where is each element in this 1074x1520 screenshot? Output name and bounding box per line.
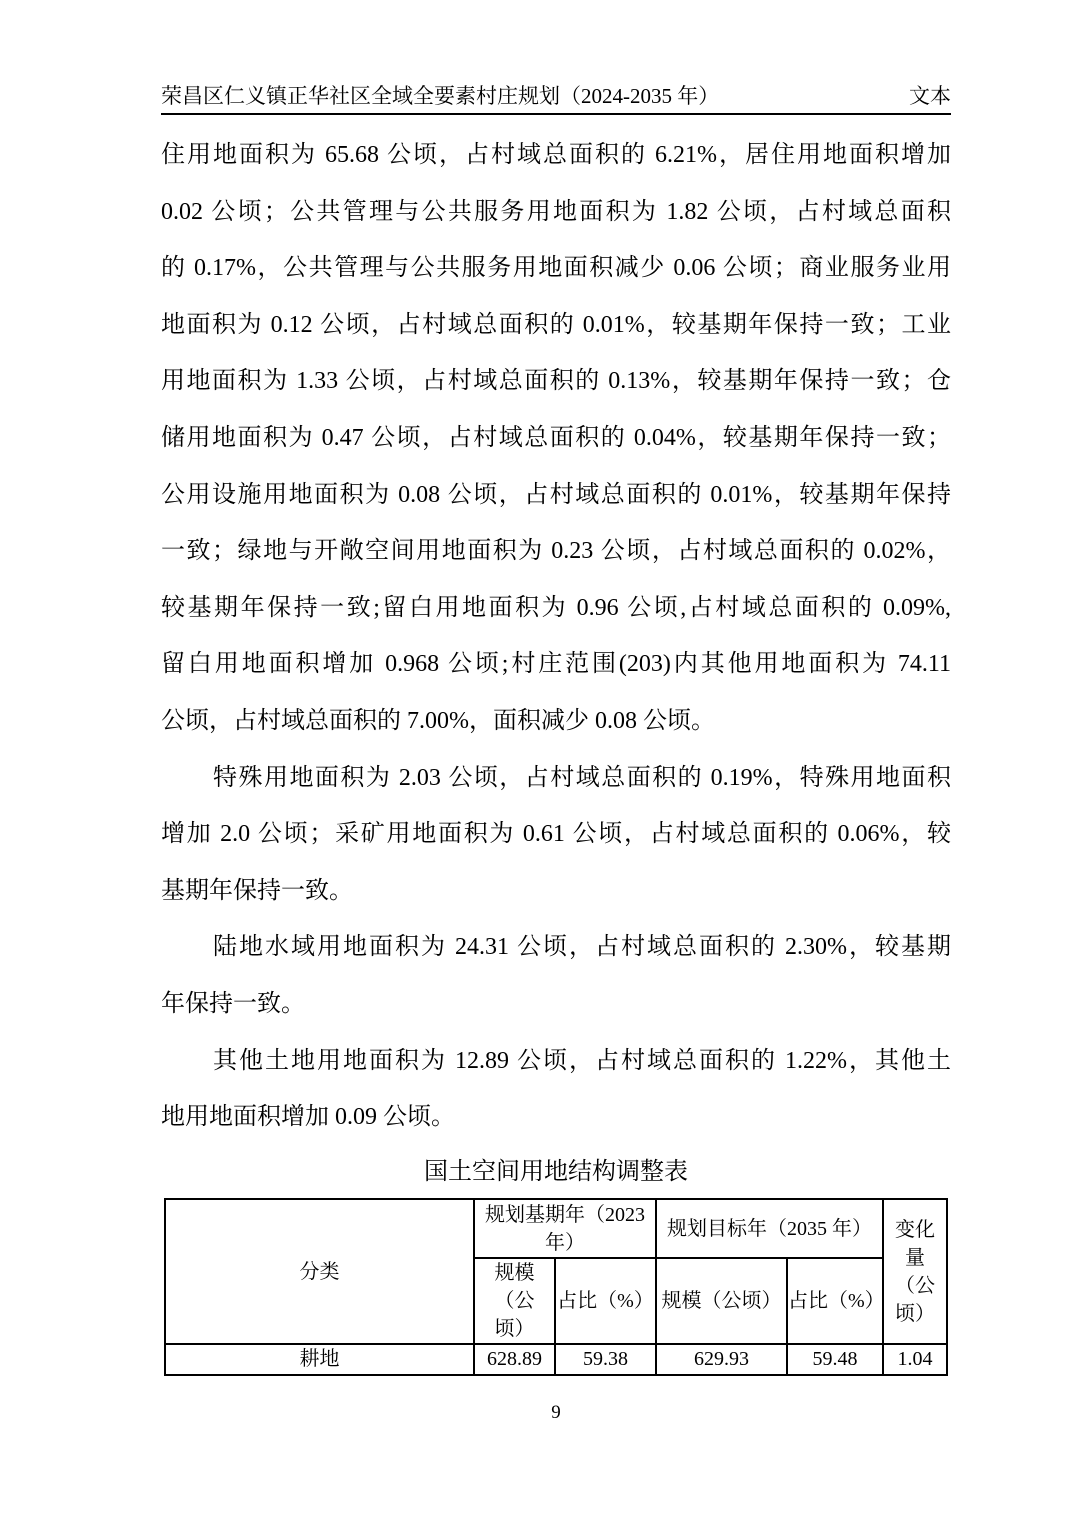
body-text-line: 其他土地用地面积为 12.89 公顷，占村域总面积的 1.22%，其他土	[161, 1033, 951, 1090]
body-text-line: 一致；绿地与开敞空间用地面积为 0.23 公顷，占村域总面积的 0.02%，	[161, 523, 951, 580]
col-header-scale-target: 规模（公顷）	[656, 1258, 787, 1344]
col-header-scale-base: 规模（公顷）	[474, 1258, 555, 1344]
col-header-change: 变化量（公顷）	[883, 1199, 947, 1344]
body-text-line: 储用地面积为 0.47 公顷，占村域总面积的 0.04%，较基期年保持一致；	[161, 410, 951, 467]
col-header-base-year-group: 规划基期年（2023 年）	[474, 1199, 656, 1258]
cell-target-scale: 629.93	[656, 1344, 787, 1375]
body-text-line: 的 0.17%，公共管理与公共服务用地面积减少 0.06 公顷；商业服务业用	[161, 240, 951, 297]
body-text-line: 用地面积为 1.33 公顷，占村域总面积的 0.13%，较基期年保持一致；仓	[161, 353, 951, 410]
body-text: 住用地面积为 65.68 公顷，占村域总面积的 6.21%，居住用地面积增加 0…	[161, 127, 951, 1146]
body-text-line: 留白用地面积增加 0.968 公顷;村庄范围(203)内其他用地面积为 74.1…	[161, 636, 951, 693]
header-title: 荣昌区仁义镇正华社区全域全要素村庄规划（2024-2035 年）	[161, 84, 719, 108]
table-title: 国土空间用地结构调整表	[161, 1146, 951, 1198]
cell-base-scale: 628.89	[474, 1344, 555, 1375]
col-header-target-year-group: 规划目标年（2035 年）	[656, 1199, 883, 1258]
body-text-line: 基期年保持一致。	[161, 863, 951, 920]
body-text-line: 公用设施用地面积为 0.08 公顷，占村域总面积的 0.01%，较基期年保持	[161, 467, 951, 524]
cell-base-ratio: 59.38	[555, 1344, 656, 1375]
body-text-line: 年保持一致。	[161, 976, 951, 1033]
body-text-line: 地面积为 0.12 公顷，占村域总面积的 0.01%，较基期年保持一致；工业	[161, 297, 951, 354]
cell-change: 1.04	[883, 1344, 947, 1375]
header-doc-type: 文本	[909, 84, 951, 108]
cell-category: 耕地	[165, 1344, 474, 1375]
page-number: 9	[161, 1402, 951, 1424]
body-text-line: 公顷，占村域总面积的 7.00%，面积减少 0.08 公顷。	[161, 693, 951, 750]
page-header: 荣昌区仁义镇正华社区全域全要素村庄规划（2024-2035 年） 文本	[161, 84, 951, 115]
body-text-line: 陆地水域用地面积为 24.31 公顷，占村域总面积的 2.30%，较基期	[161, 919, 951, 976]
land-use-table-wrap: 分类 规划基期年（2023 年） 规划目标年（2035 年） 变化量（公顷） 规…	[164, 1198, 946, 1376]
table-row: 耕地 628.89 59.38 629.93 59.48 1.04	[165, 1344, 947, 1375]
col-header-ratio-base: 占比（%）	[555, 1258, 656, 1344]
cell-target-ratio: 59.48	[787, 1344, 883, 1375]
body-text-line: 地用地面积增加 0.09 公顷。	[161, 1089, 951, 1146]
body-text-line: 增加 2.0 公顷；采矿用地面积为 0.61 公顷，占村域总面积的 0.06%，…	[161, 806, 951, 863]
col-header-ratio-target: 占比（%）	[787, 1258, 883, 1344]
col-header-category: 分类	[165, 1199, 474, 1344]
body-text-line: 0.02 公顷；公共管理与公共服务用地面积为 1.82 公顷，占村域总面积	[161, 184, 951, 241]
land-use-adjustment-table: 分类 规划基期年（2023 年） 规划目标年（2035 年） 变化量（公顷） 规…	[164, 1198, 948, 1376]
body-text-line: 住用地面积为 65.68 公顷，占村域总面积的 6.21%，居住用地面积增加	[161, 127, 951, 184]
body-text-line: 较基期年保持一致;留白用地面积为 0.96 公顷,占村域总面积的 0.09%,	[161, 580, 951, 637]
body-text-line: 特殊用地面积为 2.03 公顷，占村域总面积的 0.19%，特殊用地面积	[161, 750, 951, 807]
document-page: 荣昌区仁义镇正华社区全域全要素村庄规划（2024-2035 年） 文本 住用地面…	[0, 0, 1074, 1520]
